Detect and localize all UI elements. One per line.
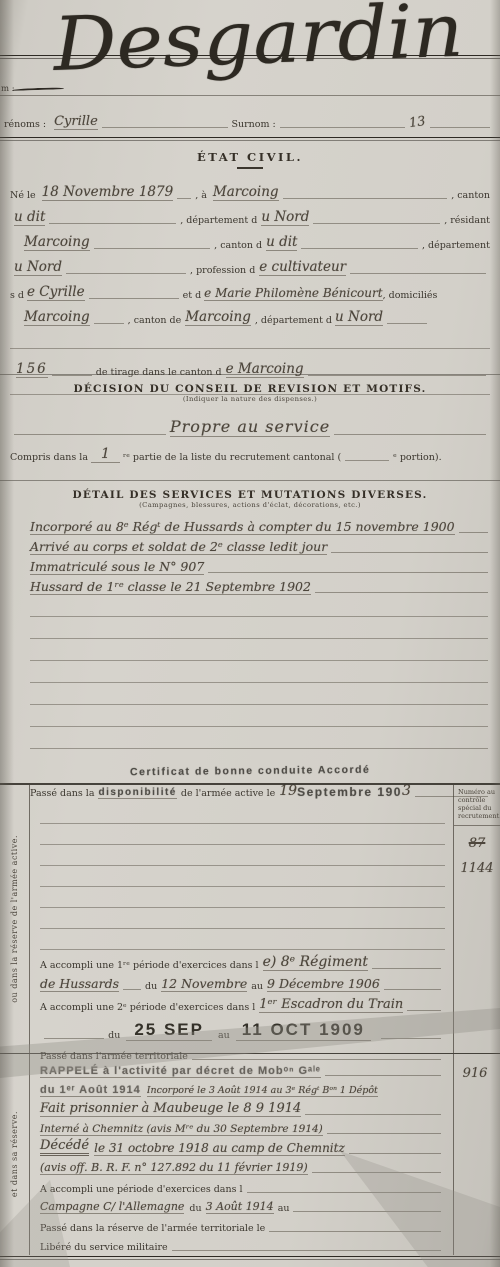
domicilies-label: , domiciliés	[383, 290, 438, 301]
departement-label: , département d	[180, 215, 257, 226]
incorporation-note: Incorporé le 3 Août 1914 au 3ᵉ Régᵗ Bᵒⁿ …	[147, 1085, 378, 1097]
father-name: e Cyrille	[27, 284, 85, 301]
services-subtitle: (Campagnes, blessures, actions d'éclat, …	[8, 501, 492, 509]
domicile-value: Marcoing	[24, 309, 90, 326]
periode1-start-date: 12 Novembre	[161, 976, 247, 992]
ruled-line	[30, 661, 488, 683]
header-section: m : Desgardin rénoms : Cyrille Surnom : …	[0, 0, 500, 140]
liste-partie-number: 1	[91, 446, 120, 463]
registry-column-header: Numéro au contrôle spécial du recrutemen…	[454, 785, 500, 826]
periode2-label: A accompli une 2ᵉ période d'exercices da…	[40, 1002, 255, 1013]
ruled-line	[14, 434, 166, 435]
conduite-stamp-row: Certificat de bonne conduite Accordé	[8, 759, 492, 777]
departement2-value: u Nord	[14, 259, 62, 276]
periode2-start-stamp: 25 SEP	[126, 1020, 212, 1041]
ne-le-label: Né le	[10, 190, 36, 201]
periode2-dates-row: du 25 SEP au 11 OCT 1909	[40, 1013, 445, 1041]
reserve-territoriale-label: Passé dans la réserve de l'armée territo…	[40, 1223, 265, 1234]
domicile-row: Marcoing , canton de Marcoing , départem…	[10, 302, 490, 327]
canton-d-label: , canton d	[214, 240, 262, 251]
libere-row: Libéré du service militaire	[40, 1234, 445, 1254]
residence-row: Marcoing , canton d u dit , département	[10, 227, 490, 252]
ruled-line	[102, 127, 228, 128]
compris-label3: ᵉ portion).	[393, 452, 441, 463]
du-label: du	[189, 1203, 201, 1214]
ruled-line	[40, 908, 445, 929]
au-label: au	[251, 981, 263, 992]
periode1-dates-row: de Hussards du 12 Novembre au 9 Décembre…	[40, 971, 445, 992]
ruled-line	[283, 198, 448, 199]
campagne-value: Campagne C/ l'Allemagne	[40, 1200, 184, 1214]
service-entry: Immatriculé sous le N° 907	[30, 555, 492, 575]
ruled-line	[40, 887, 445, 908]
periode2-end-stamp: 11 OCT 1909	[236, 1020, 371, 1041]
prisonnier-row: Fait prisonnier à Maubeuge le 8 9 1914	[40, 1097, 445, 1117]
ruled-line	[0, 95, 500, 96]
service-entry: Incorporé au 8ᵉ Régᵗ de Hussards à compt…	[30, 515, 492, 535]
au-label: au	[278, 1203, 290, 1214]
interne-row: Interné à Chemnitz (avis Mʳᵉ du 30 Septe…	[40, 1117, 445, 1137]
et-de-label: et d	[183, 290, 202, 301]
ruled-line	[313, 223, 440, 224]
ruled-line	[208, 572, 488, 573]
reserve-side-label: ou dans la réserve de l'armée active.	[10, 835, 19, 1003]
reserve-territoriale-row: Passé dans la réserve de l'armée territo…	[40, 1214, 445, 1234]
ruled-line	[30, 617, 488, 639]
decision-section: DÉCISION DU CONSEIL DE REVISION ET MOTIF…	[0, 374, 500, 463]
ruled-line	[315, 592, 488, 593]
etat-civil-section: ÉTAT CIVIL. Né le 18 Novembre 1879 , à M…	[0, 142, 500, 395]
periode1-row: A accompli une 1ʳᵉ période d'exercices d…	[40, 950, 445, 971]
ruled-line	[30, 683, 488, 705]
ruled-line	[293, 1211, 441, 1212]
surname-script: Desgardin	[52, 0, 465, 88]
ruled-line	[44, 1038, 104, 1039]
deces-row: Décédé le 31 octobre 1918 au camp de Che…	[40, 1136, 445, 1156]
service-entry: Arrivé au corps et soldat de 2ᵉ classe l…	[30, 535, 492, 555]
avis-row: (avis off. B. R. F. n° 127.892 du 11 fév…	[40, 1156, 445, 1176]
periode2-row: A accompli une 2ᵉ période d'exercices da…	[40, 992, 445, 1013]
ruled-line	[172, 1250, 441, 1251]
accompli-label: A accompli une période d'exercices dans …	[40, 1184, 243, 1195]
departement2-label: , département	[422, 240, 490, 251]
services-section: DÉTAIL DES SERVICES ET MUTATIONS DIVERSE…	[0, 480, 500, 799]
ruled-line	[94, 248, 211, 249]
canton-row: u dit , département d u Nord , résidant	[10, 202, 490, 227]
service-entry-text: Hussard de 1ʳᵉ classe le 21 Septembre 19…	[30, 579, 311, 595]
title-dash	[237, 167, 263, 169]
au-label: au	[218, 1030, 230, 1041]
parents-row: s d e Cyrille et d e Marie Philomène Bén…	[10, 277, 490, 302]
libere-label: Libéré du service militaire	[40, 1242, 168, 1253]
prenoms-row: rénoms : Cyrille Surnom : 13	[0, 106, 500, 132]
conduite-stamp: Certificat de bonne conduite Accordé	[130, 764, 370, 779]
deces-word: Décédé	[40, 1138, 89, 1156]
departement3-value: u Nord	[335, 309, 383, 326]
ruled-line	[331, 552, 488, 553]
registry-number-column: Numéro au contrôle spécial du recrutemen…	[453, 785, 500, 1053]
ruled-line	[40, 824, 445, 845]
ruled-line	[381, 1038, 441, 1039]
ruled-line	[40, 803, 445, 824]
ruled-line	[349, 1153, 441, 1154]
interne-note: Interné à Chemnitz (avis Mʳᵉ du 30 Septe…	[40, 1123, 323, 1136]
profession-row: u Nord , profession d e cultivateur	[10, 252, 490, 277]
reserve-box: ou dans la réserve de l'armée active. A …	[0, 783, 500, 1053]
du-label: du	[108, 1030, 120, 1041]
periode2-unit: 1ᵉʳ Escadron du Train	[259, 997, 403, 1013]
ruled-line	[372, 968, 441, 969]
ruled-line	[325, 1075, 441, 1076]
ruled-line	[40, 845, 445, 866]
compris-label2: ʳᵉ partie de la liste du recrutement can…	[123, 452, 341, 463]
ruled-line	[345, 460, 389, 461]
du-label: du	[145, 981, 157, 992]
bottom-number-column: 916	[453, 1054, 500, 1255]
ruled-line	[49, 223, 176, 224]
rappel-stamp-line1: RAPPELÉ à l'activité par décret de Mobᵒⁿ…	[40, 1065, 321, 1078]
rappel-stamp-line2: du 1ᵉʳ Août 1914	[40, 1084, 141, 1097]
service-entry-text: Immatriculé sous le N° 907	[30, 559, 204, 575]
ruled-line	[459, 532, 488, 533]
service-entry-text: Arrivé au corps et soldat de 2ᵉ classe l…	[30, 539, 327, 555]
section-divider	[0, 137, 500, 141]
canton-label: , canton	[451, 190, 490, 201]
prisonnier-note: Fait prisonnier à Maubeuge le 8 9 1914	[40, 1101, 301, 1117]
campagne-row: Campagne C/ l'Allemagne du 3 Août 1914 a…	[40, 1195, 445, 1215]
ruled-line	[177, 198, 191, 199]
ruled-line	[66, 273, 186, 274]
canton-value: u dit	[14, 209, 45, 226]
reserve-side-strip: ou dans la réserve de l'armée active.	[0, 785, 30, 1053]
ruled-line	[301, 248, 418, 249]
prenoms-value: Cyrille	[54, 114, 98, 130]
rappel-stamp-row: RAPPELÉ à l'activité par décret de Mobᵒⁿ…	[40, 1058, 445, 1078]
ruled-line	[40, 929, 445, 950]
residant-label: , résidant	[444, 215, 490, 226]
bottom-side-label: et dans sa réserve.	[10, 1111, 19, 1197]
periode1-label: A accompli une 1ʳᵉ période d'exercices d…	[40, 960, 259, 971]
campagne-start-date: 3 Août 1914	[206, 1200, 274, 1214]
birth-date-value: 18 Novembre 1879	[42, 184, 174, 201]
compris-label: Compris dans la	[10, 452, 88, 463]
ruled-line	[327, 1133, 441, 1134]
ruled-line	[312, 1172, 441, 1173]
ruled-line	[387, 323, 427, 324]
ruled-line	[94, 323, 124, 324]
bottom-border	[0, 1256, 500, 1260]
ruled-line	[430, 127, 490, 128]
surnom-label: Surnom :	[232, 119, 276, 130]
periode1-unit2: de Hussards	[40, 976, 119, 992]
reserve-main: A accompli une 1ʳᵉ période d'exercices d…	[30, 785, 453, 1053]
services-title: DÉTAIL DES SERVICES ET MUTATIONS DIVERSE…	[8, 489, 492, 501]
profession-value: e cultivateur	[259, 259, 346, 276]
ruled-line	[30, 639, 488, 661]
accompli-row: A accompli une période d'exercices dans …	[40, 1175, 445, 1195]
service-entry-text: Incorporé au 8ᵉ Régᵗ de Hussards à compt…	[30, 519, 455, 535]
war-record-box: et dans sa réserve. RAPPELÉ à l'activité…	[0, 1053, 500, 1255]
periode1-end-date: 9 Décembre 1906	[267, 976, 380, 992]
military-record-sheet: m : Desgardin rénoms : Cyrille Surnom : …	[0, 0, 500, 1267]
ruled-line	[30, 727, 488, 749]
ruled-line	[30, 705, 488, 727]
prenoms-label: rénoms :	[4, 119, 46, 130]
canton-de-label: , canton de	[128, 315, 182, 326]
decision-subtitle: (Indiquer la nature des dispenses.)	[10, 395, 490, 403]
ruled-line	[350, 273, 486, 274]
ruled-line	[123, 989, 141, 990]
mother-name: e Marie Philomène Bénicourt	[204, 286, 382, 301]
mobilisation-number: 916	[454, 1064, 500, 1081]
fils-de-label: s d	[10, 290, 24, 301]
residence-value: Marcoing	[24, 234, 90, 251]
ruled-line	[407, 1010, 441, 1011]
deces-note: le 31 octobre 1918 au camp de Chemnitz	[94, 1141, 345, 1156]
ruled-line	[30, 595, 488, 617]
profession-label: , profession d	[190, 265, 255, 276]
domicile-canton-value: Marcoing	[185, 309, 251, 326]
war-record-main: RAPPELÉ à l'activité par décret de Mobᵒⁿ…	[30, 1054, 453, 1255]
avis-note: (avis off. B. R. F. n° 127.892 du 11 fév…	[40, 1161, 308, 1175]
birth-place-value: Marcoing	[213, 184, 279, 201]
ruled-line	[269, 1231, 441, 1232]
ruled-line	[384, 989, 441, 990]
registry-number-old: 87	[454, 836, 500, 851]
ruled-line	[305, 1114, 441, 1115]
ruled-line	[89, 298, 179, 299]
decision-title: DÉCISION DU CONSEIL DE REVISION ET MOTIF…	[10, 383, 490, 395]
service-entry: Hussard de 1ʳᵉ classe le 21 Septembre 19…	[30, 575, 492, 595]
bottom-side-strip: et dans sa réserve.	[0, 1054, 30, 1255]
ruled-line	[334, 434, 486, 435]
ruled-line	[40, 866, 445, 887]
canton-dit-value: u dit	[266, 234, 297, 251]
ruled-line	[280, 127, 406, 128]
compris-row: Compris dans la 1 ʳᵉ partie de la liste …	[10, 437, 490, 463]
etat-civil-title: ÉTAT CIVIL.	[10, 150, 490, 164]
a-label: , à	[195, 190, 207, 201]
surnom-note: 13	[408, 114, 426, 131]
departement3-label: , département d	[255, 315, 332, 326]
ruled-line	[10, 327, 490, 349]
departement-value: u Nord	[261, 209, 309, 226]
periode1-unit: e) 8ᵉ Régiment	[263, 954, 368, 971]
verdict-value: Propre au service	[170, 417, 330, 437]
verdict-row: Propre au service	[10, 403, 490, 437]
ruled-line	[247, 1192, 441, 1193]
registry-number-new: 1144	[454, 861, 500, 876]
birth-row: Né le 18 Novembre 1879 , à Marcoing , ca…	[10, 177, 490, 202]
rappel-date-row: du 1ᵉʳ Août 1914 Incorporé le 3 Août 191…	[40, 1078, 445, 1098]
